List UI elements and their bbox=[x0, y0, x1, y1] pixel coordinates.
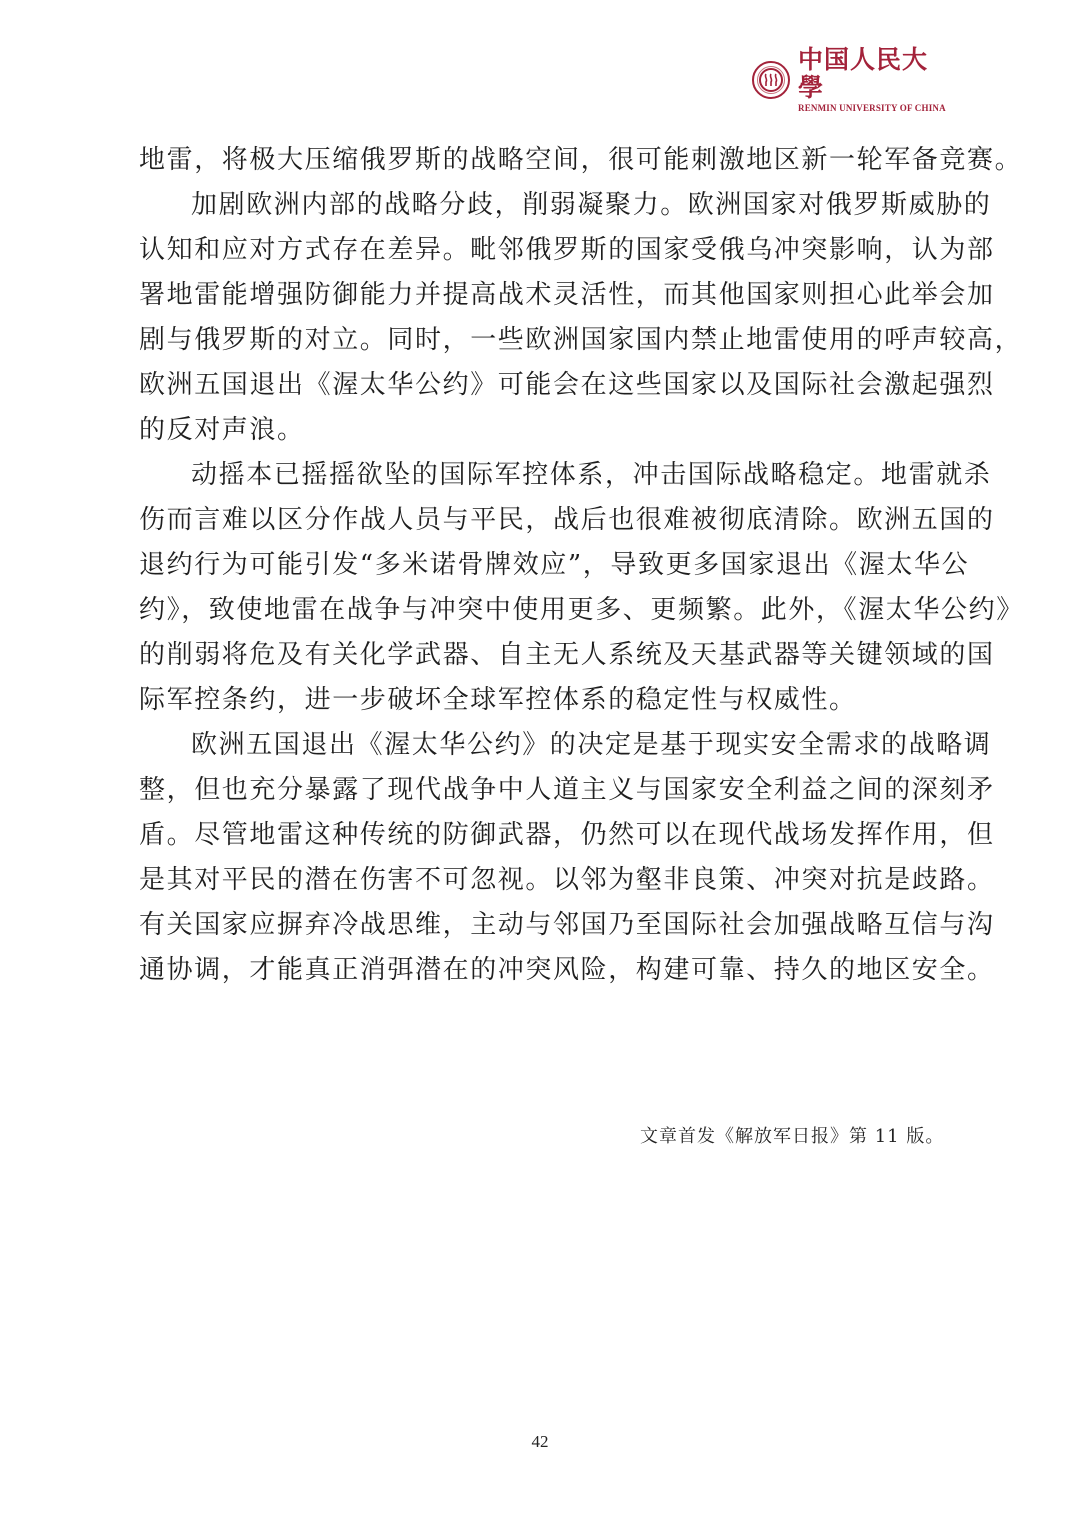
text-line: 剧与俄罗斯的对立。同时，一些欧洲国家国内禁止地雷使用的呼声较高， bbox=[139, 318, 945, 363]
university-logo: 中国人民大學 RENMIN UNIVERSITY OF CHINA bbox=[752, 56, 952, 104]
text-line: 约》，致使地雷在战争与冲突中使用更多、更频繁。此外，《渥太华公约》 bbox=[139, 588, 945, 633]
text-line: 欧洲五国退出《渥太华公约》可能会在这些国家以及国际社会激起强烈 bbox=[139, 363, 945, 408]
text-line: 际军控条约，进一步破坏全球军控体系的稳定性与权威性。 bbox=[139, 678, 945, 723]
flame-mark-icon bbox=[763, 73, 779, 87]
text-line: 有关国家应摒弃冷战思维，主动与邻国乃至国际社会加强战略互信与沟 bbox=[139, 903, 945, 948]
text-line: 整，但也充分暴露了现代战争中人道主义与国家安全利益之间的深刻矛 bbox=[139, 768, 945, 813]
text-line: 的反对声浪。 bbox=[139, 408, 945, 453]
logo-chinese-name: 中国人民大學 bbox=[798, 46, 952, 102]
paragraph-start-line: 加剧欧洲内部的战略分歧，削弱凝聚力。欧洲国家对俄罗斯威胁的 bbox=[139, 183, 945, 228]
university-seal-icon bbox=[752, 61, 790, 99]
text-line: 的削弱将危及有关化学武器、自主无人系统及天基武器等关键领域的国 bbox=[139, 633, 945, 678]
text-line: 伤而言难以区分作战人员与平民，战后也很难被彻底清除。欧洲五国的 bbox=[139, 498, 945, 543]
source-note: 文章首发《解放军日报》第 11 版。 bbox=[640, 1122, 944, 1148]
page-number: 42 bbox=[532, 1432, 549, 1452]
paragraph-start-line: 动摇本已摇摇欲坠的国际军控体系，冲击国际战略稳定。地雷就杀 bbox=[139, 453, 945, 498]
text-line: 盾。尽管地雷这种传统的防御武器，仍然可以在现代战场发挥作用，但 bbox=[139, 813, 945, 858]
text-line: 署地雷能增强防御能力并提高战术灵活性，而其他国家则担心此举会加 bbox=[139, 273, 945, 318]
text-line: 退约行为可能引发“多米诺骨牌效应”，导致更多国家退出《渥太华公 bbox=[139, 543, 945, 588]
text-line: 是其对平民的潜在伤害不可忽视。以邻为壑非良策、冲突对抗是歧路。 bbox=[139, 858, 945, 903]
article-body: 地雷，将极大压缩俄罗斯的战略空间，很可能刺激地区新一轮军备竞赛。 加剧欧洲内部的… bbox=[139, 138, 945, 993]
text-line: 认知和应对方式存在差异。毗邻俄罗斯的国家受俄乌冲突影响，认为部 bbox=[139, 228, 945, 273]
logo-english-name: RENMIN UNIVERSITY OF CHINA bbox=[798, 102, 952, 114]
text-line: 地雷，将极大压缩俄罗斯的战略空间，很可能刺激地区新一轮军备竞赛。 bbox=[139, 138, 945, 183]
paragraph-start-line: 欧洲五国退出《渥太华公约》的决定是基于现实安全需求的战略调 bbox=[139, 723, 945, 768]
text-line: 通协调，才能真正消弭潜在的冲突风险，构建可靠、持久的地区安全。 bbox=[139, 948, 945, 993]
